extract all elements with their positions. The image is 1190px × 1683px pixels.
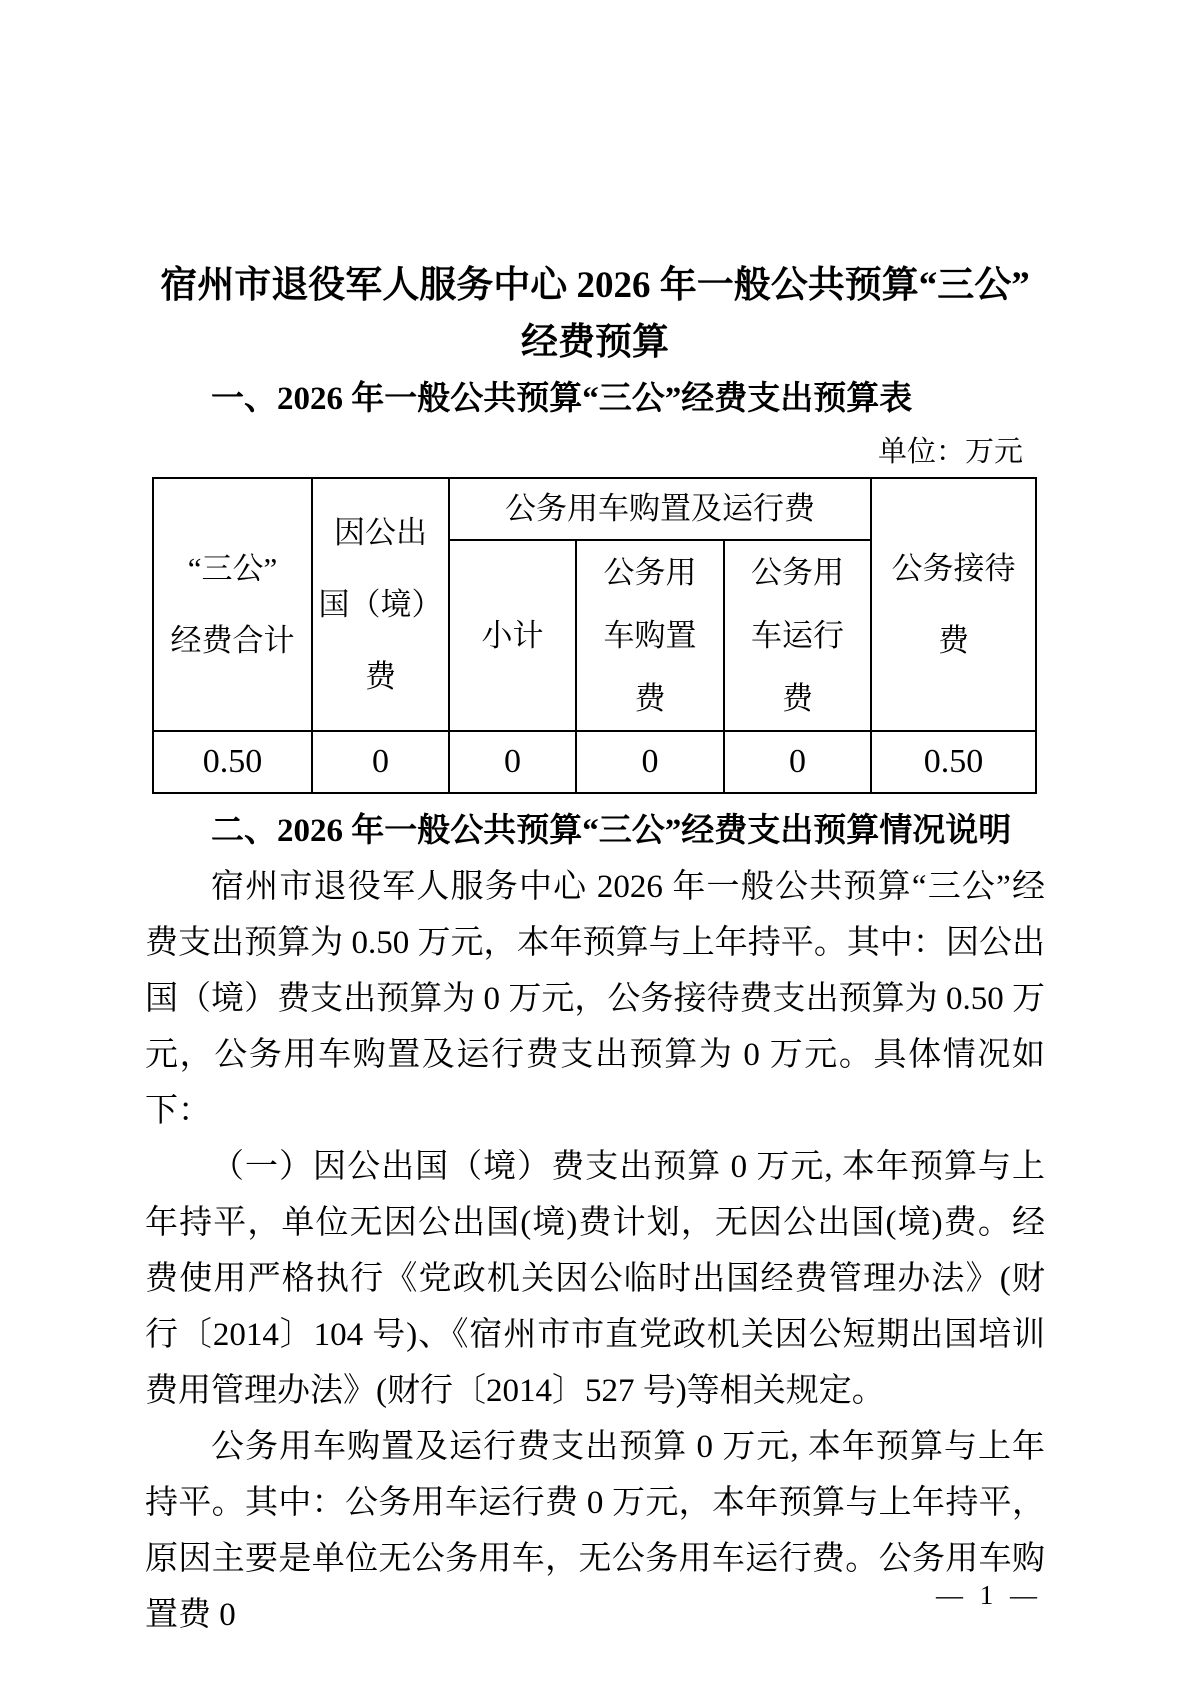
header-abroad-cell: 因公出 国（境） 费 <box>312 478 449 731</box>
table-header-row-1: “三公” 经费合计 因公出 国（境） 费 公务用车购置及运行费 公务接待 费 <box>153 478 1036 540</box>
value-vehicle-operation: 0 <box>724 731 871 793</box>
header-vehicle-purchase-cell: 公务用 车购置 费 <box>576 540 724 731</box>
section-1-heading: 一、2026 年一般公共预算“三公”经费支出预算表 <box>145 371 1045 427</box>
table-data-row: 0.50 0 0 0 0 0.50 <box>153 731 1036 793</box>
header-reception-cell: 公务接待 费 <box>871 478 1036 731</box>
paragraph-overview: 宿州市退役军人服务中心 2026 年一般公共预算“三公”经费支出预算为 0.50… <box>145 859 1045 1139</box>
header-total-cell: “三公” 经费合计 <box>153 478 312 731</box>
document-page: 宿州市退役军人服务中心 2026 年一般公共预算“三公” 经费预算 一、2026… <box>0 0 1190 1683</box>
paragraph-vehicle-detail: 公务用车购置及运行费支出预算 0 万元, 本年预算与上年持平。其中：公务用车运行… <box>145 1419 1045 1643</box>
value-vehicle-subtotal: 0 <box>449 731 576 793</box>
value-total: 0.50 <box>153 731 312 793</box>
section-2-heading: 二、2026 年一般公共预算“三公”经费支出预算情况说明 <box>145 803 1045 859</box>
value-abroad: 0 <box>312 731 449 793</box>
header-vehicle-group-cell: 公务用车购置及运行费 <box>449 478 871 540</box>
budget-table: “三公” 经费合计 因公出 国（境） 费 公务用车购置及运行费 公务接待 费 小… <box>152 477 1037 794</box>
table-unit-label: 单位：万元 <box>152 427 1035 477</box>
document-content: 宿州市退役军人服务中心 2026 年一般公共预算“三公” 经费预算 一、2026… <box>145 0 1045 1643</box>
document-title-line-1: 宿州市退役军人服务中心 2026 年一般公共预算“三公” <box>145 257 1045 314</box>
paragraph-abroad-detail: （一）因公出国（境）费支出预算 0 万元, 本年预算与上年持平，单位无因公出国(… <box>145 1139 1045 1419</box>
document-title-line-2: 经费预算 <box>145 314 1045 371</box>
page-number: — 1 — <box>936 1580 1042 1611</box>
value-reception: 0.50 <box>871 731 1036 793</box>
header-vehicle-operation-cell: 公务用 车运行 费 <box>724 540 871 731</box>
value-vehicle-purchase: 0 <box>576 731 724 793</box>
document-title: 宿州市退役军人服务中心 2026 年一般公共预算“三公” 经费预算 <box>145 257 1045 371</box>
header-vehicle-subtotal-cell: 小计 <box>449 540 576 731</box>
